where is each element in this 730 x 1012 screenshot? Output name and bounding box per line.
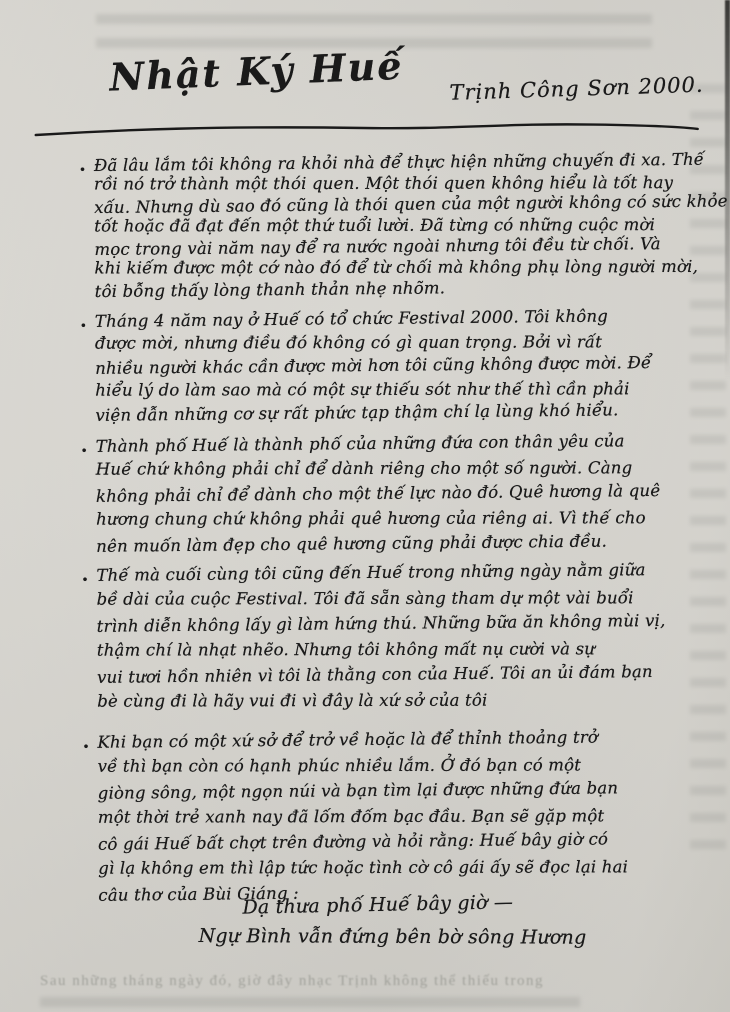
handwritten-line: viện dẫn những cơ sự rất phức tạp thậm c… xyxy=(95,398,651,427)
handwritten-line: nên muốn làm đẹp cho quê hương cũng phải… xyxy=(96,528,661,559)
handwritten-line: tôi bỗng thấy lòng thanh thản nhẹ nhõm. xyxy=(95,274,729,302)
handwritten-line: hương chung chứ không phải quê hương của… xyxy=(96,505,660,531)
handwritten-line: trình diễn không lấy gì làm hứng thú. Nh… xyxy=(97,608,666,639)
diary-paragraph-2: • Tháng 4 năm nay ở Huế có tổ chức Festi… xyxy=(95,305,652,426)
handwritten-line: vui tươi hồn nhiên vì tôi là thằng con c… xyxy=(97,659,666,690)
diary-paragraph-5: • Khi bạn có một xứ sở để trở về hoặc là… xyxy=(97,725,628,907)
diary-paragraph-4: • Thế mà cuối cùng tôi cũng đến Huế tron… xyxy=(96,558,666,714)
author-signature: Trịnh Công Sơn 2000. xyxy=(449,73,704,105)
handwritten-line: cô gái Huế bất chợt trên đường và hỏi rằ… xyxy=(98,826,628,857)
bullet-dot: • xyxy=(79,160,86,181)
handwritten-line: về thì bạn còn có hạnh phúc nhiều lắm. Ở… xyxy=(98,752,628,779)
handwritten-line: thậm chí là nhạt nhẽo. Nhưng tôi không m… xyxy=(97,636,666,663)
diary-paragraph-3: • Thành phố Huế là thành phố của những đ… xyxy=(96,429,661,557)
handwritten-line: Khi bạn có một xứ sở để trở về hoặc là đ… xyxy=(97,724,627,755)
bullet-dot: • xyxy=(81,439,88,464)
handwritten-line: giòng sông, một ngọn núi và bạn tìm lại … xyxy=(98,775,628,806)
handwritten-line: Huế chứ không phải chỉ để dành riêng cho… xyxy=(96,455,660,481)
handwritten-line: một thời trẻ xanh nay đã lốm đốm bạc đầu… xyxy=(98,803,628,830)
bullet-dot: • xyxy=(80,315,87,339)
handwritten-line: bè cùng đi là hãy vui đi vì đây là xứ sở… xyxy=(97,687,666,714)
bleedthrough-text: Sau những tháng ngày đó, giờ đây nhạc Tr… xyxy=(40,973,706,990)
scanned-diary-page: { "page": { "title": "Nhật Ký Huế", "sig… xyxy=(0,0,730,1012)
hand-drawn-divider xyxy=(34,118,700,140)
handwritten-line: bề dài của cuộc Festival. Tôi đã sẵn sàn… xyxy=(97,585,666,612)
handwritten-line: nhiều người khác cần được mời hơn tôi cũ… xyxy=(95,351,651,380)
diary-paragraph-1: • Đã lâu lắm tôi không ra khỏi nhà để th… xyxy=(94,150,728,301)
bullet-dot: • xyxy=(81,568,88,594)
manuscript: Nhật Ký Huế Trịnh Công Sơn 2000. • Đã lâ… xyxy=(0,0,730,1012)
handwritten-line: không phải chỉ để dành cho một thế lực n… xyxy=(96,478,661,509)
handwritten-line: gì lạ không em thì lập tức hoặc tình cờ … xyxy=(98,854,628,881)
handwritten-line: Tháng 4 năm nay ở Huế có tổ chức Festiva… xyxy=(95,304,651,333)
page-title: Nhật Ký Huế xyxy=(109,43,405,100)
poem-line-2: Ngự Bình vẫn đứng bên bờ sông Hương xyxy=(199,925,587,949)
poem-line-1: Dạ thưa phố Huế bây giờ — xyxy=(242,891,513,918)
handwritten-line: Thế mà cuối cùng tôi cũng đến Huế trong … xyxy=(96,557,665,588)
handwritten-line: Thành phố Huế là thành phố của những đứa… xyxy=(96,428,661,459)
bullet-dot: • xyxy=(82,735,89,761)
